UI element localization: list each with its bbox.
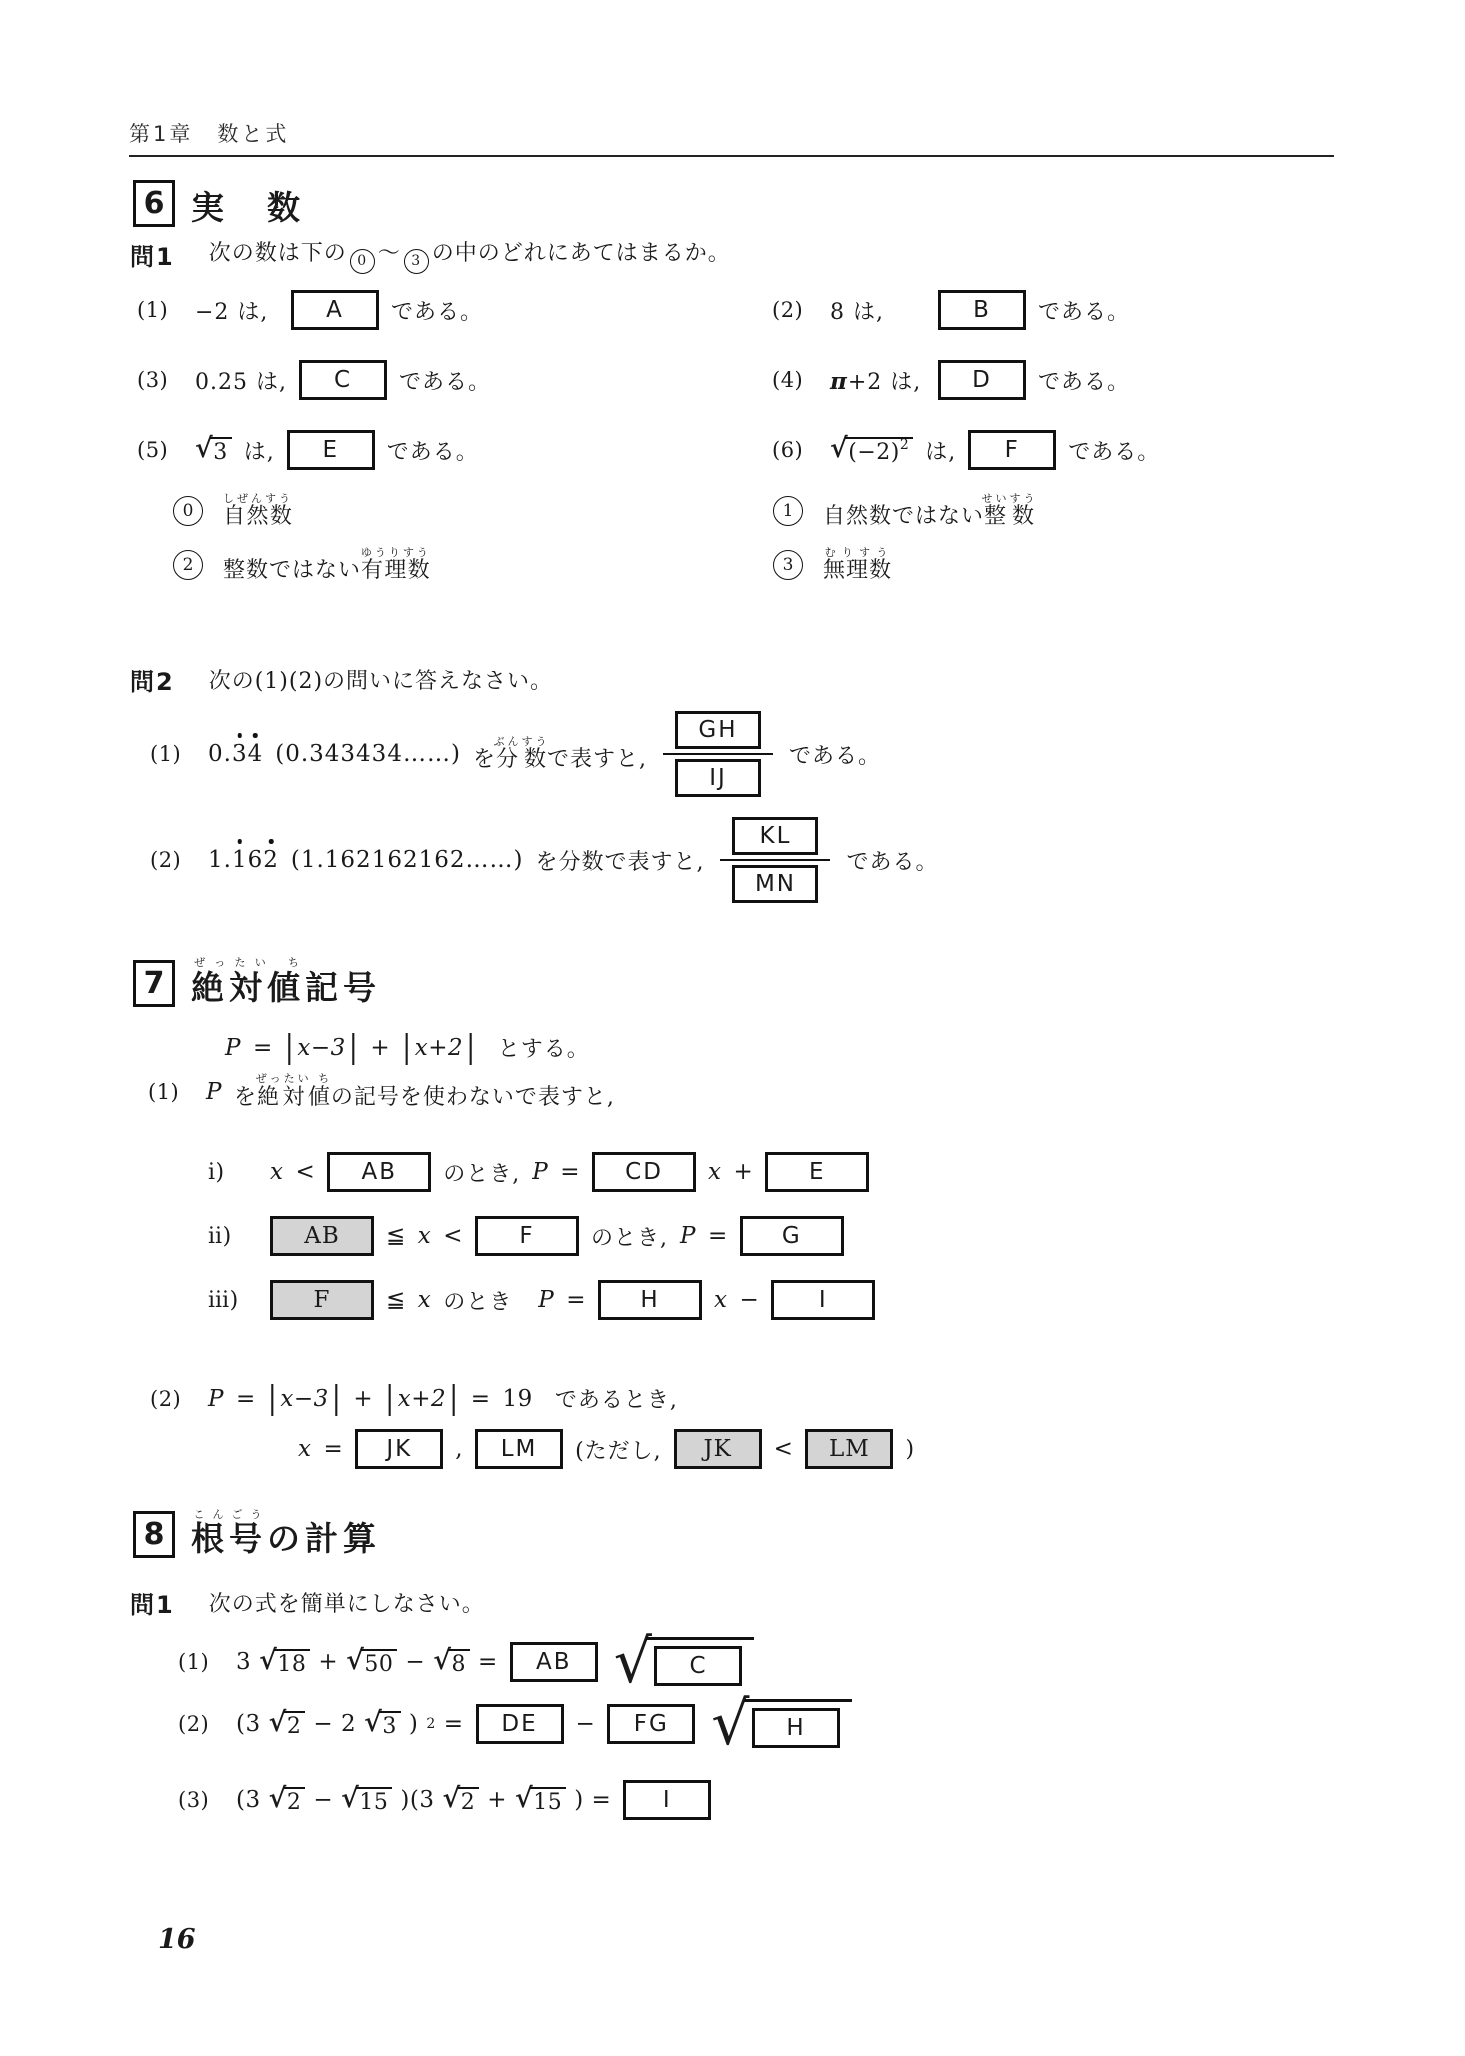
- furigana: こんごう: [191, 1508, 267, 1521]
- option-0: 0 自然数しぜんすう: [173, 492, 293, 530]
- variable-x: x: [708, 1159, 721, 1185]
- abs-bar: |: [285, 1029, 295, 1066]
- option-text: 自然数ではない整数せいすう: [823, 492, 1038, 530]
- variable-p: P: [538, 1287, 554, 1313]
- minus-sign: −: [576, 1711, 596, 1737]
- fraction-answer: GH IJ: [663, 711, 773, 797]
- minus-sign: − 2: [313, 1711, 356, 1737]
- plus-sign: +: [370, 1035, 390, 1061]
- furigana: ぜったい ち: [256, 1072, 332, 1085]
- radical-eq-3: (3) (3√2 − √15 )(3√2 + √15 ) = I: [178, 1776, 711, 1824]
- less-than-sign: <: [443, 1223, 463, 1249]
- pi-symbol: π: [830, 368, 848, 395]
- radical-eq-2: (2) (3√2 − 2 √3 )2 = DE − FG √H: [178, 1700, 852, 1748]
- dotted-digit: 2: [263, 847, 279, 873]
- variable-p: P: [532, 1159, 548, 1185]
- ruby-word: 絶対値ぜったい ち: [257, 1085, 331, 1110]
- item-text: を分数ぶんすうで表すと,: [473, 735, 647, 773]
- radical-expression: √8: [433, 1649, 470, 1676]
- abs-bar: |: [332, 1380, 342, 1417]
- option-text: 自然数しぜんすう: [223, 492, 293, 530]
- sec7-q1-prompt: (1) P を絶対値ぜったい ちの記号を使わないで表すと,: [148, 1072, 615, 1111]
- radicand-box: C: [646, 1637, 754, 1688]
- answer-box-ab: AB: [510, 1642, 598, 1682]
- minus-sign: −: [405, 1649, 425, 1675]
- item-number: (2): [150, 848, 196, 872]
- variable-p: P: [206, 1079, 222, 1105]
- item-number: (4): [772, 368, 818, 392]
- math-expression: (3√2 − √15 )(3√2 + √15 ) =: [236, 1787, 611, 1814]
- ruby-word: 絶対値ぜったい ち: [191, 968, 305, 1007]
- section-8-heading: 8 根号こんごうの計算: [133, 1508, 381, 1558]
- circled-number-0: 0: [350, 249, 375, 274]
- text-token: (3: [236, 1787, 261, 1813]
- item-number: (2): [772, 298, 818, 322]
- radicand: 8: [448, 1649, 470, 1676]
- answer-box-c: C: [654, 1646, 742, 1686]
- q1-item-4: (4) π+2 は, D である。: [772, 358, 1130, 402]
- radical-expression: √15: [341, 1787, 392, 1814]
- sec8-q1-text: 次の式を簡単にしなさい。: [209, 1587, 485, 1618]
- radicand: 18: [274, 1649, 310, 1676]
- answer-box-jk: JK: [355, 1429, 443, 1469]
- minus-sign: −: [740, 1287, 760, 1313]
- option-2: 2 整数ではない有理数ゆうりすう: [173, 546, 431, 584]
- text-token: ～: [378, 241, 401, 266]
- less-than-sign: <: [295, 1159, 315, 1185]
- text-token: 記号: [305, 968, 381, 1007]
- text-token: (3: [236, 1711, 261, 1737]
- text-token: ): [409, 1711, 418, 1737]
- case-label: ⅰ): [208, 1160, 258, 1185]
- option-text: 無理数むりすう: [823, 546, 892, 584]
- ruby-word: 根号こんごう: [191, 1519, 267, 1558]
- circled-number-3: 3: [773, 550, 803, 580]
- text-token: 整数: [982, 504, 1038, 529]
- equals-sign: =: [253, 1035, 273, 1061]
- radicand: 2: [284, 1711, 306, 1738]
- ruby-word: 分数ぶんすう: [496, 747, 547, 772]
- item-text: 8 は,: [830, 295, 926, 326]
- dotted-digit: 4: [248, 741, 264, 767]
- sec8-q1-prompt: 問1 次の式を簡単にしなさい。: [130, 1585, 485, 1620]
- text-token: 0.: [208, 741, 232, 767]
- q1-item-3: (3) 0.25 は, C である。: [137, 358, 491, 402]
- variable-x: x: [270, 1159, 283, 1185]
- item-text: は,: [244, 435, 275, 466]
- text-token: 有理数: [361, 558, 431, 583]
- text-token: 自然数ではない: [823, 504, 984, 529]
- furigana: ぜったい ち: [191, 956, 305, 969]
- item-text: 0.25 は,: [195, 365, 287, 396]
- chapter-title: 第1章 数と式: [129, 118, 289, 148]
- ruby-word: 無理数むりすう: [823, 558, 892, 583]
- variable-x: x: [418, 1223, 431, 1249]
- item-text: π+2 は,: [830, 365, 926, 396]
- gray-answer-box-ab: AB: [270, 1216, 374, 1256]
- radicand: 3: [210, 437, 232, 464]
- answer-box-e: E: [765, 1152, 869, 1192]
- abs-bar: |: [449, 1380, 459, 1417]
- text-token: 分数: [493, 747, 549, 772]
- value-19: 19: [503, 1386, 533, 1412]
- math-expression: (3√2 − 2 √3 )2 =: [236, 1711, 464, 1738]
- dotted-digit: 1: [232, 847, 248, 873]
- answer-box-fg: FG: [607, 1704, 695, 1744]
- furigana: むりすう: [823, 546, 892, 559]
- equals-sign: =: [708, 1223, 728, 1249]
- absolute-value-group: |x−3|: [285, 1032, 359, 1063]
- equals-sign: =: [323, 1436, 343, 1462]
- text-token: 自然数: [223, 504, 293, 529]
- variable-p: P: [225, 1035, 241, 1061]
- circled-number-1: 1: [773, 496, 803, 526]
- plus-sign: +: [734, 1159, 754, 1185]
- absolute-value-group: |x+2|: [385, 1383, 459, 1414]
- section-6-heading: 6 実 数: [133, 180, 305, 227]
- answer-box-h: H: [752, 1708, 840, 1748]
- case-label: ⅲ): [208, 1288, 258, 1313]
- q2-label: 問2: [130, 662, 175, 697]
- variable-x: x: [714, 1287, 727, 1313]
- equals-sign: =: [478, 1649, 498, 1675]
- variable-x: x: [298, 1436, 311, 1462]
- q1-prompt: 問1 次の数は下の0～3の中のどれにあてはまるか。: [130, 236, 731, 274]
- answer-box-i: I: [771, 1280, 875, 1320]
- text-token: とする。: [498, 1032, 590, 1063]
- answer-box-lm: LM: [475, 1429, 563, 1469]
- item-number: (3): [178, 1788, 224, 1812]
- answer-box-h: H: [598, 1280, 702, 1320]
- radical-expression: √2: [269, 1787, 306, 1814]
- text-token: で表すと,: [547, 747, 647, 772]
- q2-item-1: (1) 0.34 (0.343434……) を分数ぶんすうで表すと, GH IJ…: [150, 706, 881, 802]
- radicand: 3: [379, 1711, 401, 1738]
- variable-p: P: [680, 1223, 696, 1249]
- answer-box-f: F: [968, 430, 1056, 470]
- item-number: (1): [148, 1080, 194, 1104]
- repeating-decimal: 1.162: [208, 847, 279, 873]
- item-text: は,: [925, 435, 956, 466]
- gray-answer-box-jk: JK: [674, 1429, 762, 1469]
- page-number: 16: [158, 1924, 196, 1955]
- answer-box-f: F: [475, 1216, 579, 1256]
- text-token: +2 は,: [848, 370, 921, 395]
- answer-box-a: A: [291, 290, 379, 330]
- q1-item-5: (5) √3 は, E である。: [137, 428, 479, 472]
- math-expression: x−3: [297, 1035, 345, 1061]
- radical-expression: √2: [442, 1787, 479, 1814]
- radicand: (−2)2: [845, 437, 913, 464]
- option-1: 1 自然数ではない整数せいすう: [773, 492, 1038, 530]
- radicand: 15: [356, 1787, 392, 1814]
- text-token: のとき,: [443, 1157, 520, 1188]
- item-number: (6): [772, 438, 818, 462]
- answer-box-i: I: [623, 1780, 711, 1820]
- text-token: 無理数: [823, 558, 892, 583]
- q1-text: 次の数は下の0～3の中のどれにあてはまるか。: [209, 236, 731, 274]
- sec7-q2-prompt: (2) P = |x−3| + |x+2| = 19 であるとき,: [150, 1383, 678, 1414]
- radical-expression: √15: [515, 1787, 566, 1814]
- sec8-q1-label: 問1: [130, 1585, 175, 1620]
- item-number: (1): [150, 742, 196, 766]
- furigana: しぜんすう: [223, 492, 293, 505]
- equals-sign: =: [560, 1159, 580, 1185]
- q1-item-6: (6) √(−2)2 は, F である。: [772, 428, 1160, 472]
- text-token: のとき,: [591, 1221, 668, 1252]
- text-token: )(3: [400, 1787, 434, 1813]
- radical-expression: √50: [346, 1649, 397, 1676]
- text-token: 根号: [191, 1519, 267, 1558]
- radical-expression: √2: [269, 1711, 306, 1738]
- text-token: であるとき,: [555, 1383, 678, 1414]
- item-suffix: である。: [399, 365, 491, 396]
- less-equal-sign: ≦: [386, 1223, 406, 1249]
- less-than-sign: <: [774, 1436, 794, 1462]
- text-token: のとき: [443, 1285, 512, 1316]
- abs-bar: |: [385, 1380, 395, 1417]
- answer-box-d: D: [938, 360, 1026, 400]
- text-token: を: [234, 1085, 257, 1110]
- item-number: (1): [137, 298, 183, 322]
- furigana: ぶんすう: [493, 735, 549, 748]
- text-token: 整数ではない: [223, 558, 361, 583]
- section-7-heading: 7 絶対値ぜったい ち記号: [133, 956, 381, 1007]
- sec7-q2-answer-line: x = JK , LM (ただし, JK < LM ): [298, 1426, 915, 1472]
- abs-bar: |: [349, 1029, 359, 1066]
- circled-number-0: 0: [173, 496, 203, 526]
- math-expression: x+2: [398, 1386, 446, 1412]
- radical-over-box: √H: [711, 1699, 852, 1750]
- equals-sign: =: [236, 1386, 256, 1412]
- abs-bar: |: [466, 1029, 476, 1066]
- item-number: (3): [137, 368, 183, 392]
- radical-expression: √(−2)2: [830, 437, 913, 464]
- answer-box-g: G: [740, 1216, 844, 1256]
- q2-item-2: (2) 1.162 (1.162162162……) を分数で表すと, KL MN…: [150, 812, 938, 908]
- section-6-number-box: 6: [133, 180, 175, 227]
- radicand: 50: [361, 1649, 397, 1676]
- radical-expression: √18: [259, 1649, 310, 1676]
- item-suffix: である。: [789, 739, 881, 770]
- ruby-word: 整数せいすう: [984, 504, 1038, 529]
- item-number: (1): [178, 1650, 224, 1674]
- equals-sign: =: [471, 1386, 491, 1412]
- q1-label: 問1: [130, 237, 175, 272]
- option-text: 整数ではない有理数ゆうりすう: [223, 546, 431, 584]
- answer-box-e: E: [287, 430, 375, 470]
- repeating-decimal: 0.34: [208, 741, 263, 767]
- absolute-value-group: |x−3|: [268, 1383, 342, 1414]
- gray-answer-box-lm: LM: [805, 1429, 893, 1469]
- minus-sign: −: [313, 1787, 333, 1813]
- absolute-value-group: |x+2|: [402, 1032, 476, 1063]
- answer-box-ij: IJ: [675, 759, 761, 797]
- furigana: せいすう: [982, 492, 1038, 505]
- text-token: の記号を使わないで表すと,: [331, 1085, 615, 1110]
- text-token: の計算: [267, 1519, 381, 1558]
- radicand: 2: [458, 1787, 480, 1814]
- text-token: 次の数は下の: [209, 241, 347, 266]
- exponent: 2: [900, 437, 909, 453]
- section-7-number-box: 7: [133, 960, 175, 1007]
- item-suffix: である。: [846, 845, 938, 876]
- case-label: ⅱ): [208, 1224, 258, 1249]
- ruby-word: 有理数ゆうりすう: [361, 558, 431, 583]
- abs-bar: |: [402, 1029, 412, 1066]
- variable-p: P: [208, 1386, 224, 1412]
- text-token: の中のどれにあてはまるか。: [432, 241, 731, 266]
- plus-sign: +: [318, 1649, 338, 1675]
- answer-box-ab: AB: [327, 1152, 431, 1192]
- less-equal-sign: ≦: [386, 1287, 406, 1313]
- radicand-box: H: [744, 1699, 852, 1750]
- item-suffix: である。: [1038, 295, 1130, 326]
- item-number: (2): [150, 1387, 196, 1411]
- item-number: (5): [137, 438, 183, 462]
- math-expression: x−3: [280, 1386, 328, 1412]
- coefficient: 3: [236, 1649, 251, 1675]
- decimal-expansion: (0.343434……): [275, 741, 461, 767]
- q2-prompt: 問2 次の(1)(2)の問いに答えなさい。: [130, 662, 553, 697]
- circled-number-3: 3: [404, 249, 429, 274]
- item-number: (2): [178, 1712, 224, 1736]
- fraction-bar: [720, 859, 830, 861]
- answer-box-kl: KL: [732, 817, 818, 855]
- radical-over-box: √C: [614, 1637, 755, 1688]
- text-token: ): [905, 1437, 915, 1462]
- item-suffix: である。: [387, 435, 479, 466]
- section-8-number-box: 8: [133, 1511, 175, 1558]
- section-6-title: 実 数: [191, 189, 305, 227]
- answer-box-mn: MN: [732, 865, 818, 903]
- item-suffix: である。: [1038, 365, 1130, 396]
- fraction-answer: KL MN: [720, 817, 830, 903]
- math-expression: 3√18 + √50 − √8 =: [236, 1649, 498, 1676]
- item-text: を絶対値ぜったい ちの記号を使わないで表すと,: [234, 1072, 615, 1111]
- radicand: 2: [284, 1787, 306, 1814]
- circled-number-2: 2: [173, 550, 203, 580]
- radicand: 15: [530, 1787, 566, 1814]
- text-token: (−2): [848, 440, 900, 465]
- section-8-title: 根号こんごうの計算: [191, 1508, 381, 1558]
- case-row-iii: ⅲ) F ≦ x のとき P = H x − I: [208, 1278, 875, 1322]
- text-token: 絶対値: [191, 968, 305, 1007]
- text-token: (ただし,: [575, 1434, 662, 1465]
- ruby-word: 自然数しぜんすう: [223, 504, 293, 529]
- gray-answer-box-f: F: [270, 1280, 374, 1320]
- q2-text: 次の(1)(2)の問いに答えなさい。: [209, 664, 553, 695]
- text-token: 1.: [208, 847, 232, 873]
- case-row-i: ⅰ) x < AB のとき, P = CD x + E: [208, 1150, 869, 1194]
- item-suffix: である。: [391, 295, 483, 326]
- item-text: を分数で表すと,: [535, 845, 704, 876]
- section-7-title: 絶対値ぜったい ち記号: [191, 956, 381, 1007]
- item-suffix: である。: [1068, 435, 1160, 466]
- answer-box-gh: GH: [675, 711, 761, 749]
- plus-sign: +: [487, 1787, 507, 1813]
- q1-item-1: (1) −2 は, A である。: [137, 288, 483, 332]
- dotted-digit: 3: [232, 741, 248, 767]
- q1-item-2: (2) 8 は, B である。: [772, 288, 1130, 332]
- math-expression: x+2: [415, 1035, 463, 1061]
- sec7-setup: P = |x−3| + |x+2| とする。: [225, 1032, 590, 1063]
- radical-expression: √3: [364, 1711, 401, 1738]
- equals-sign: =: [566, 1287, 586, 1313]
- equals-sign: ) =: [574, 1787, 611, 1813]
- equals-sign: =: [444, 1711, 464, 1737]
- text-token: 6: [248, 847, 264, 873]
- answer-box-c: C: [299, 360, 387, 400]
- decimal-expansion: (1.162162162……): [291, 847, 524, 873]
- variable-x: x: [418, 1287, 431, 1313]
- plus-sign: +: [353, 1386, 373, 1412]
- case-row-ii: ⅱ) AB ≦ x < F のとき, P = G: [208, 1214, 844, 1258]
- answer-box-cd: CD: [592, 1152, 696, 1192]
- item-text: −2 は,: [195, 295, 279, 326]
- furigana: ゆうりすう: [361, 546, 431, 559]
- answer-box-de: DE: [476, 1704, 564, 1744]
- fraction-bar: [663, 753, 773, 755]
- abs-bar: |: [268, 1380, 278, 1417]
- text-token: 絶対値: [256, 1085, 332, 1110]
- comma: ,: [455, 1436, 463, 1462]
- answer-box-b: B: [938, 290, 1026, 330]
- option-3: 3 無理数むりすう: [773, 546, 892, 584]
- textbook-page: 第1章 数と式 6 実 数 問1 次の数は下の0～3の中のどれにあてはまるか。 …: [0, 0, 1465, 2056]
- radical-expression: √3: [195, 437, 232, 464]
- radical-eq-1: (1) 3√18 + √50 − √8 = AB √C: [178, 1638, 754, 1686]
- chapter-rule: [129, 155, 1334, 157]
